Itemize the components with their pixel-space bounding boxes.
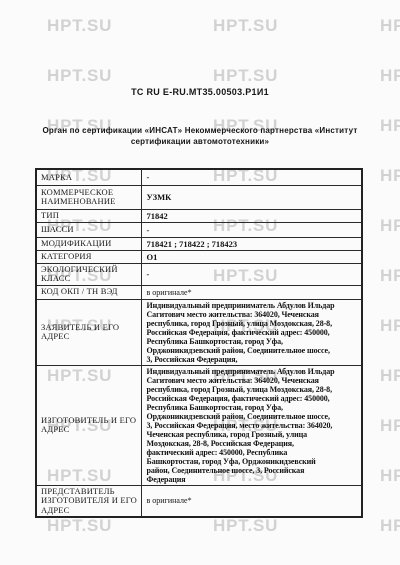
row-value: Индивидуальный предприниматель Абдулов И… [141,365,362,485]
document-page: HPT.SUHPT.SUHPT.SUHPT.SUHPT.SUHPT.SUHPT.… [0,0,400,565]
vehicle-spec-table: МАРКА - КОММЕРЧЕСКОЕ НАИМЕНОВАНИЕ УЗМК Т… [35,168,363,518]
table-row-chassis: ШАССИ - [36,222,362,237]
row-label: КОММЕРЧЕСКОЕ НАИМЕНОВАНИЕ [36,185,141,209]
row-label: МАРКА [36,169,141,185]
row-value: - [141,222,362,237]
table-row-eco-class: ЭКОЛОГИЧЕСКИЙ КЛАСС - [36,263,362,285]
certificate-number: ТС RU Е-RU.МТ35.00503.Р1И1 [0,87,400,97]
table-row-applicant: ЗАЯВИТЕЛЬ И ЕГО АДРЕС Индивидуальный пре… [36,299,362,365]
table-row-manufacturer: ИЗГОТОВИТЕЛЬ И ЕГО АДРЕС Индивидуальный … [36,365,362,485]
row-label: КАТЕГОРИЯ [36,250,141,263]
row-value: Индивидуальный предприниматель Абдулов И… [141,299,362,365]
row-value: О1 [141,250,362,263]
row-label: ТИП [36,209,141,222]
table-row-type: ТИП 71842 [36,209,362,222]
row-label: ЗАЯВИТЕЛЬ И ЕГО АДРЕС [36,299,141,365]
row-label: ИЗГОТОВИТЕЛЬ И ЕГО АДРЕС [36,365,141,485]
row-value: 718421 ; 718422 ; 718423 [141,237,362,250]
table-row-marka: МАРКА - [36,169,362,185]
row-label: ШАССИ [36,222,141,237]
row-value: - [141,263,362,285]
row-value: в оригинале* [141,285,362,299]
row-label: КОД ОКП / ТН ВЭД [36,285,141,299]
row-label: ЭКОЛОГИЧЕСКИЙ КЛАСС [36,263,141,285]
row-value: УЗМК [141,185,362,209]
row-value: - [141,169,362,185]
table-row-okp-code: КОД ОКП / ТН ВЭД в оригинале* [36,285,362,299]
row-value: 71842 [141,209,362,222]
table-row-commercial-name: КОММЕРЧЕСКОЕ НАИМЕНОВАНИЕ УЗМК [36,185,362,209]
row-label: МОДИФИКАЦИИ [36,237,141,250]
certification-body-name: Орган по сертификации «ИНСАТ» Некоммерче… [30,126,370,147]
row-value: в оригинале* [141,485,362,517]
table-row-modifications: МОДИФИКАЦИИ 718421 ; 718422 ; 718423 [36,237,362,250]
table-row-category: КАТЕГОРИЯ О1 [36,250,362,263]
table-row-manufacturer-representative: ПРЕДСТАВИТЕЛЬ ИЗГОТОВИТЕЛЯ И ЕГО АДРЕС в… [36,485,362,517]
row-label: ПРЕДСТАВИТЕЛЬ ИЗГОТОВИТЕЛЯ И ЕГО АДРЕС [36,485,141,517]
document-content: ТС RU Е-RU.МТ35.00503.Р1И1 Орган по серт… [0,0,400,565]
